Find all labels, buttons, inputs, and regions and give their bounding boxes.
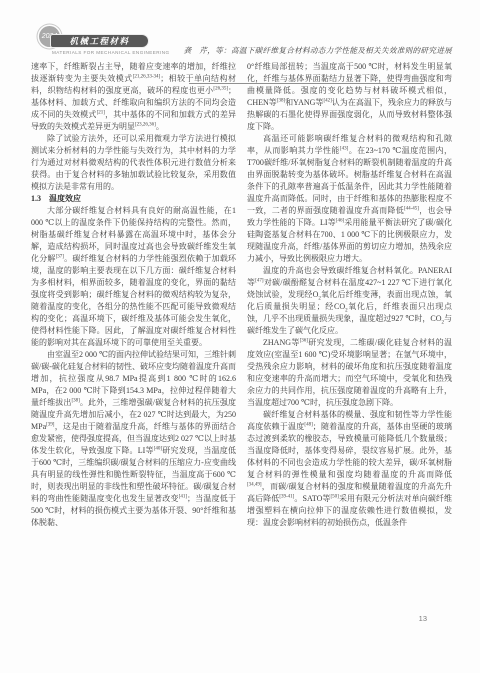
page-number: 13: [419, 614, 427, 623]
right-column: 0°纤维局部扭转；当温度高于500 ℃时，材料发生明显氧化，纤维与基体界面黏结力…: [247, 61, 452, 529]
paragraph: 速率下，纤维断裂占主导，随着应变速率的增加，纤维拉拔逐渐转变为主要失效模式[21…: [31, 61, 236, 133]
left-column: 速率下，纤维断裂占主导，随着应变速率的增加，纤维拉拔逐渐转变为主要失效模式[21…: [31, 61, 236, 529]
body-text-columns: 速率下，纤维断裂占主导，随着应变速率的增加，纤维拉拔逐渐转变为主要失效模式[21…: [31, 61, 452, 529]
paragraph: 0°纤维局部扭转；当温度高于500 ℃时，材料发生明显氧化，纤维与基体界面黏结力…: [247, 61, 452, 133]
paragraph: 大部分碳纤维复合材料具有良好的耐高温性能，在1 000 ℃以上的温度条件下仍能保…: [31, 205, 236, 349]
paragraph: ZHANG等[36]研究发现，二维碳/碳化硅复合材料的温度效应(室温至1 600…: [247, 337, 452, 409]
journal-title-en: MATERIALS FOR MECHANICAL ENGINEERING: [52, 50, 170, 55]
journal-page: 2024 机械工程材料 MATERIALS FOR MECHANICAL ENG…: [0, 0, 480, 673]
page-header: 2024 机械工程材料 MATERIALS FOR MECHANICAL ENG…: [39, 26, 452, 60]
journal-title-cn: 机械工程材料: [51, 35, 148, 47]
paragraph: 高温还可能影响碳纤维复合材料的微观结构和孔隙率，从而影响其力学性能[43]。在2…: [247, 133, 452, 265]
paragraph: 由室温至2 000 ℃的面内拉伸试验结果可知，三维针刺碳/碳-碳化硅复合材料的韧…: [31, 349, 236, 529]
journal-title-cn-text: 机械工程材料: [69, 36, 129, 46]
section-heading: 1.3 温度效应: [31, 193, 236, 205]
paragraph: 温度的升高也会导致碳纤维复合材料氧化。PANERAI等[47]对碳/碳酚醛复合材…: [247, 265, 452, 337]
running-title: 龚 芹，等：高温下碳纤维复合材料动态力学性能及相关失效准则的研究进展: [184, 45, 452, 56]
paragraph: 碳纤维复合材料基体的模量、强度和韧性等力学性能高度依赖于温度[48]；随着温度的…: [247, 409, 452, 529]
paragraph: 除了试验方法外，还可以采用微观力学方法进行模拟测试来分析材料的力学性能与失效行为…: [31, 133, 236, 193]
journal-logo: 2024 机械工程材料 MATERIALS FOR MECHANICAL ENG…: [39, 26, 164, 60]
